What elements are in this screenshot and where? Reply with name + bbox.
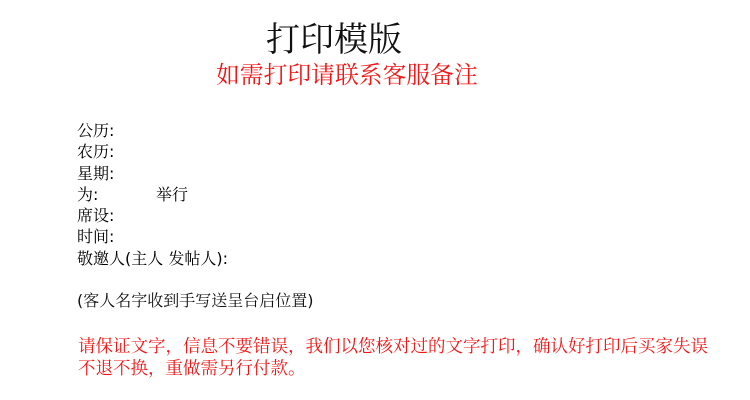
field-suffix: 举行 <box>156 184 188 205</box>
field-label: 时间: <box>77 227 114 246</box>
field-weekday: 星期: <box>77 163 228 184</box>
field-inviter: 敬邀人(主人 发帖人): <box>77 248 228 269</box>
field-time: 时间: <box>77 226 228 247</box>
guest-name-note: (客人名字收到手写送呈台启位置) <box>77 290 314 312</box>
field-event-for: 为: 举行 <box>77 184 228 205</box>
warning-line-2: 不退不换，重做需另行付款。 <box>78 359 738 381</box>
field-label: 席设: <box>77 206 114 225</box>
field-label: 为: <box>77 185 98 204</box>
field-lunar-date: 农历: <box>77 141 228 162</box>
field-label: 星期: <box>77 164 114 183</box>
field-label: 敬邀人(主人 发帖人): <box>77 249 228 268</box>
field-venue: 席设: <box>77 205 228 226</box>
field-label: 农历: <box>77 142 114 161</box>
warning-line-1: 请保证文字，信息不要错误，我们以您核对过的文字打印，确认好打印后买家失误 <box>78 337 738 359</box>
page-title: 打印模版 <box>266 20 402 60</box>
contact-service-notice: 如需打印请联系客服备注 <box>216 61 478 89</box>
invitation-fields: 公历: 农历: 星期: 为: 举行 席设: 时间: 敬邀人(主人 发帖人): <box>77 120 228 269</box>
field-gregorian-date: 公历: <box>77 120 228 141</box>
field-label: 公历: <box>77 121 114 140</box>
print-warning: 请保证文字，信息不要错误，我们以您核对过的文字打印，确认好打印后买家失误 不退不… <box>78 337 738 380</box>
